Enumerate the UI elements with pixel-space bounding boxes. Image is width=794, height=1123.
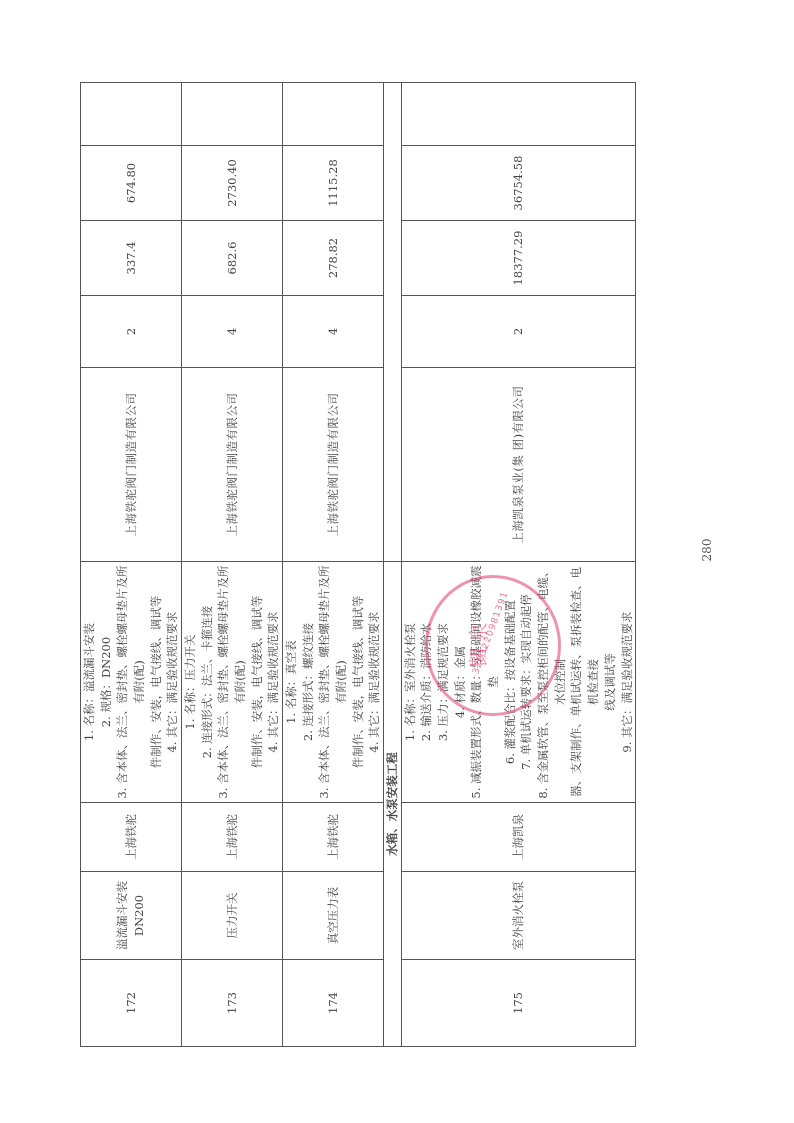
item-total: 2730.40	[182, 146, 283, 221]
item-quantity: 4	[283, 296, 384, 368]
spec-line: 4. 其它：满足验收规范要求	[265, 562, 282, 802]
spec-line: 2. 输送介质：消防给水	[418, 562, 435, 802]
item-unit-price: 278.82	[283, 221, 384, 296]
spec-line: 1. 名称：溢流漏斗安装	[81, 562, 98, 802]
item-name: 溢流漏斗安装 DN200	[81, 872, 182, 960]
spec-line: 2. 连接形式：螺纹连接	[300, 562, 317, 802]
spec-line: 4. 材质：金属	[452, 562, 469, 802]
spec-line: 1. 名称：压力开关	[182, 562, 199, 802]
item-spec: 1. 名称：溢流漏斗安装 2. 规格：DN200 3. 含本体、法兰、密封垫、螺…	[81, 562, 182, 803]
item-name: 室外消火栓泵	[401, 872, 635, 960]
item-number: 174	[283, 960, 384, 1047]
item-manufacturer: 上海凯泉泵业(集 团)有限公司	[401, 368, 635, 562]
item-unit-price: 682.6	[182, 221, 283, 296]
spec-line: 1. 名称：室外消火栓泵	[402, 562, 419, 802]
section-header-row: 水箱、水泵安装工程	[384, 83, 402, 1047]
item-brand: 上海铁驼	[182, 803, 283, 872]
spec-line: 1. 名称：真空表	[283, 562, 300, 802]
item-total: 36754.58	[401, 146, 635, 221]
table-row: 175 室外消火栓泵 上海凯泉 1. 名称：室外消火栓泵 2. 输送介质：消防给…	[401, 83, 635, 1047]
equipment-price-table: 172 溢流漏斗安装 DN200 上海铁驼 1. 名称：溢流漏斗安装 2. 规格…	[80, 82, 636, 1047]
table-row: 173 压力开关 上海铁驼 1. 名称：压力开关 2. 连接形式：法兰、卡箍连接…	[182, 83, 283, 1047]
section-title: 水箱、水泵安装工程	[384, 562, 402, 1047]
item-remark	[81, 83, 182, 146]
item-remark	[182, 83, 283, 146]
table-row: 172 溢流漏斗安装 DN200 上海铁驼 1. 名称：溢流漏斗安装 2. 规格…	[81, 83, 182, 1047]
item-remark	[283, 83, 384, 146]
rotated-quotation-table: 172 溢流漏斗安装 DN200 上海铁驼 1. 名称：溢流漏斗安装 2. 规格…	[80, 83, 515, 1047]
item-quantity: 2	[401, 296, 635, 368]
spec-line: 3. 含本体、法兰、密封垫、螺栓螺母垫片及所有附(配)	[316, 562, 349, 802]
spec-line: 9. 其它：满足验收规范要求	[619, 562, 636, 802]
item-total: 1115.28	[283, 146, 384, 221]
spec-line: 4. 其它：满足验收规范要求	[164, 562, 181, 802]
item-unit-price: 18377.29	[401, 221, 635, 296]
spec-line: 4. 其它：满足验收规范要求	[366, 562, 383, 802]
spec-line: 3. 含本体、法兰、密封垫、螺栓螺母垫片及所有附(配)	[215, 562, 248, 802]
item-brand: 上海铁驼	[81, 803, 182, 872]
item-quantity: 2	[81, 296, 182, 368]
spec-line: 3. 压力：满足规范要求	[435, 562, 452, 802]
item-manufacturer: 上海铁驼阀门制造有限公司	[283, 368, 384, 562]
spec-line: 6. 灌浆配合比：按设备基础配置	[502, 562, 519, 802]
item-unit-price: 337.4	[81, 221, 182, 296]
item-number: 175	[401, 960, 635, 1047]
spec-line: 件制作、安装，电气接线、调试等	[148, 562, 165, 802]
item-spec: 1. 名称：室外消火栓泵 2. 输送介质：消防给水 3. 压力：满足规范要求 4…	[401, 562, 635, 803]
spec-line: 5. 减振装置形式、数量：与基础间设橡胶减震垫	[468, 562, 501, 802]
item-manufacturer: 上海铁驼阀门制造有限公司	[81, 368, 182, 562]
item-brand: 上海铁驼	[283, 803, 384, 872]
item-number: 173	[182, 960, 283, 1047]
item-name: 压力开关	[182, 872, 283, 960]
item-number: 172	[81, 960, 182, 1047]
spec-line: 件制作、安装，电气接线、调试等	[350, 562, 367, 802]
item-manufacturer: 上海铁驼阀门制造有限公司	[182, 368, 283, 562]
section-filler	[384, 83, 402, 562]
spec-line: 2. 连接形式：法兰、卡箍连接	[199, 562, 216, 802]
item-brand: 上海凯泉	[401, 803, 635, 872]
spec-line: 8. 含金属软管、泵至泵控柜间的配管、电缆、水位控制	[535, 562, 568, 802]
page-number: 280	[700, 530, 720, 570]
item-remark	[401, 83, 635, 146]
item-quantity: 4	[182, 296, 283, 368]
item-name: 真空压力表	[283, 872, 384, 960]
spec-line: 件制作、安装，电气接线、调试等	[249, 562, 266, 802]
spec-line: 3. 含本体、法兰、密封垫、螺栓螺母垫片及所有附(配)	[114, 562, 147, 802]
spec-line: 2. 规格：DN200	[98, 562, 115, 802]
spec-line: 器、支架制作、单机试运转、泵拆装检查、电机检查接	[568, 562, 601, 802]
item-total: 674.80	[81, 146, 182, 221]
item-spec: 1. 名称：压力开关 2. 连接形式：法兰、卡箍连接 3. 含本体、法兰、密封垫…	[182, 562, 283, 803]
item-spec: 1. 名称：真空表 2. 连接形式：螺纹连接 3. 含本体、法兰、密封垫、螺栓螺…	[283, 562, 384, 803]
spec-line: 7. 单机试运转要求：实现自动起停	[518, 562, 535, 802]
spec-line: 线及调试等	[602, 562, 619, 802]
table-row: 174 真空压力表 上海铁驼 1. 名称：真空表 2. 连接形式：螺纹连接 3.…	[283, 83, 384, 1047]
